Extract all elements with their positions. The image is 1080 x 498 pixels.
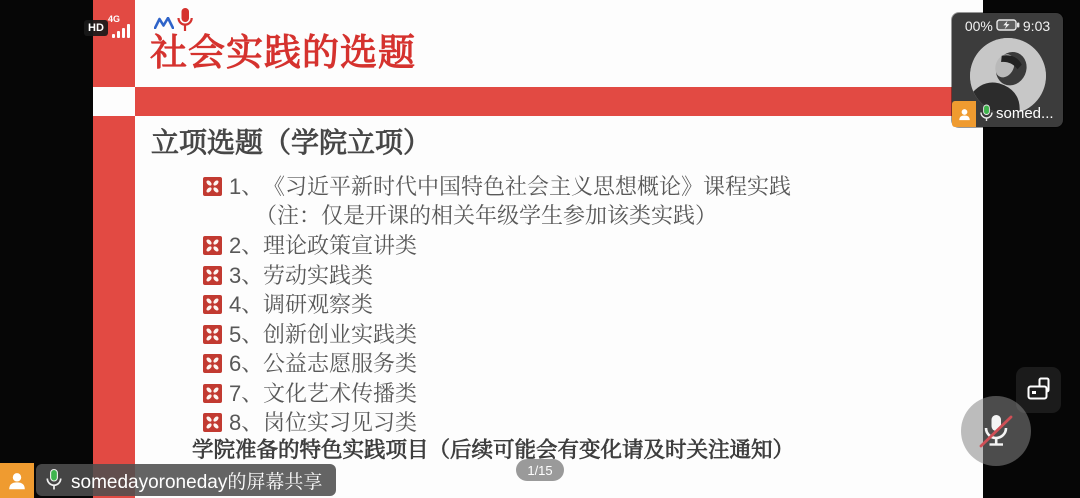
person-icon <box>6 470 28 492</box>
red-flower-bullet-icon <box>203 383 222 402</box>
list-item: 5、 创新创业实践类 <box>203 319 903 349</box>
list-item: 1、 《习近平新时代中国特色社会主义思想概论》课程实践 <box>203 171 903 201</box>
slide-heading: 立项选题（学院立项） <box>151 121 431 161</box>
slide-red-band <box>135 87 983 116</box>
page-indicator: 1/15 <box>516 459 564 481</box>
red-flower-bullet-icon <box>203 265 222 284</box>
thumbnail-time: 9:03 <box>1023 18 1050 34</box>
participant-thumbnail[interactable]: 00% 9:03 <box>952 13 1063 127</box>
hd-badge: HD <box>84 20 108 36</box>
slide-title: 社会实践的选题 <box>150 22 416 76</box>
list-item-number: 6、 <box>229 347 263 378</box>
list-item-text: 理论政策宣讲类 <box>263 229 417 260</box>
list-item-text: 创新创业实践类 <box>263 318 417 349</box>
red-flower-bullet-icon <box>203 235 222 254</box>
mic-on-icon <box>45 468 63 492</box>
red-flower-bullet-icon <box>203 294 222 313</box>
list-item-text: 调研观察类 <box>263 288 373 319</box>
screen-share-banner[interactable]: somedayoroneday的屏幕共享 <box>36 464 336 496</box>
list-item-number: 1、 <box>229 170 263 201</box>
slide-footer-note: 学院准备的特色实践项目（后续可能会有变化请及时关注通知） <box>192 433 794 464</box>
list-item-number: 3、 <box>229 259 263 290</box>
mute-mic-button[interactable] <box>961 396 1031 466</box>
presenter-badge <box>0 463 34 498</box>
topic-list: 1、 《习近平新时代中国特色社会主义思想概论》课程实践 （注：仅是开课的相关年级… <box>203 171 903 437</box>
list-item-text: 文化艺术传播类 <box>263 377 417 408</box>
mic-on-icon <box>979 104 994 123</box>
thumbnail-participant-name: somed... <box>996 105 1054 122</box>
list-item-note: （注：仅是开课的相关年级学生参加该类实践） <box>203 201 903 231</box>
screen-share-label: somedayoroneday的屏幕共享 <box>71 467 322 494</box>
floating-window-button[interactable] <box>1016 367 1061 413</box>
app-screen: 社会实践的选题 立项选题（学院立项） 1、 《习近平新时代中国特色社会主义思想概… <box>0 0 1080 498</box>
battery-percent: 00% <box>965 18 993 34</box>
list-item: 4、 调研观察类 <box>203 289 903 319</box>
red-flower-bullet-icon <box>203 353 222 372</box>
list-item-text: 劳动实践类 <box>263 259 373 290</box>
list-item: 2、 理论政策宣讲类 <box>203 230 903 260</box>
red-flower-bullet-icon <box>203 176 222 195</box>
list-item-text: 公益志愿服务类 <box>263 347 417 378</box>
person-icon <box>952 101 976 127</box>
thumbnail-status-row: 00% 9:03 <box>952 18 1063 34</box>
list-item: 3、 劳动实践类 <box>203 260 903 290</box>
thumbnail-name-row: somed... <box>952 101 1063 125</box>
red-flower-bullet-icon <box>203 412 222 431</box>
list-item-number: 4、 <box>229 288 263 319</box>
mic-muted-icon <box>973 408 1019 454</box>
slide-red-strip <box>93 0 135 498</box>
list-item-text: 《习近平新时代中国特色社会主义思想概论》课程实践 <box>263 170 791 201</box>
list-item-number: 5、 <box>229 318 263 349</box>
network-type-label: 4G <box>108 14 120 24</box>
slide-strip-gap <box>93 87 135 116</box>
shared-screen-slide: 社会实践的选题 立项选题（学院立项） 1、 《习近平新时代中国特色社会主义思想概… <box>93 0 983 498</box>
list-item: 7、 文化艺术传播类 <box>203 378 903 408</box>
floating-window-icon <box>1025 376 1053 404</box>
list-item-number: 2、 <box>229 229 263 260</box>
battery-charging-icon <box>996 18 1020 34</box>
signal-bars-icon <box>112 24 130 38</box>
red-flower-bullet-icon <box>203 324 222 343</box>
list-item: 6、 公益志愿服务类 <box>203 348 903 378</box>
list-item-number: 7、 <box>229 377 263 408</box>
